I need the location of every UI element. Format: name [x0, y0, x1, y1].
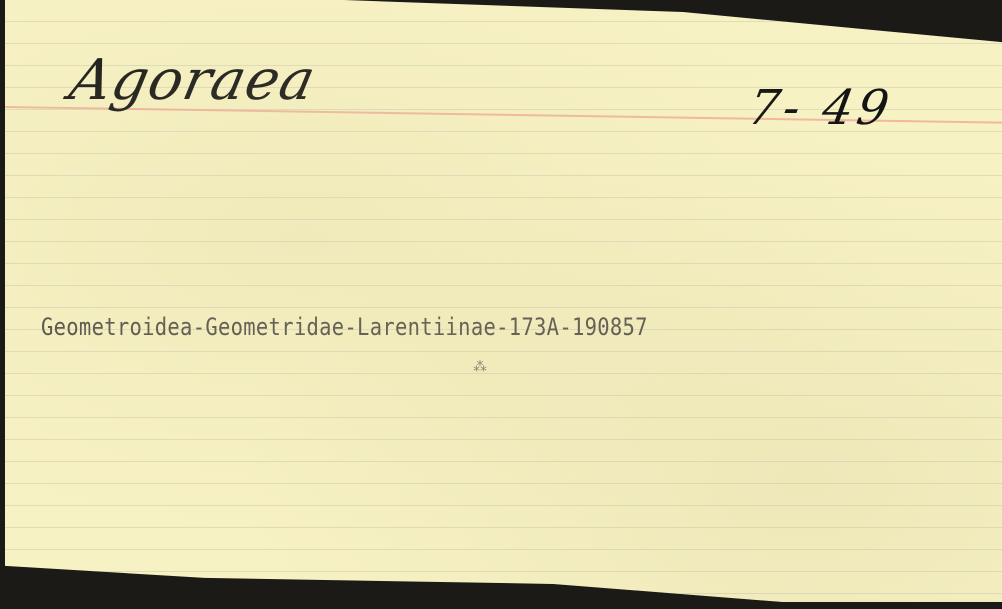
classification-line: Geometroidea-Geometridae-Larentiinae-173… [41, 313, 648, 341]
index-card: Agoraea 7- 49 Geometroidea-Geometridae-L… [5, 0, 1002, 602]
red-header-rule [5, 106, 1002, 124]
card-number: 7- 49 [744, 80, 897, 136]
genus-name: Agoraea [64, 48, 322, 113]
paper-speck-mark: ⁂ [473, 358, 483, 374]
